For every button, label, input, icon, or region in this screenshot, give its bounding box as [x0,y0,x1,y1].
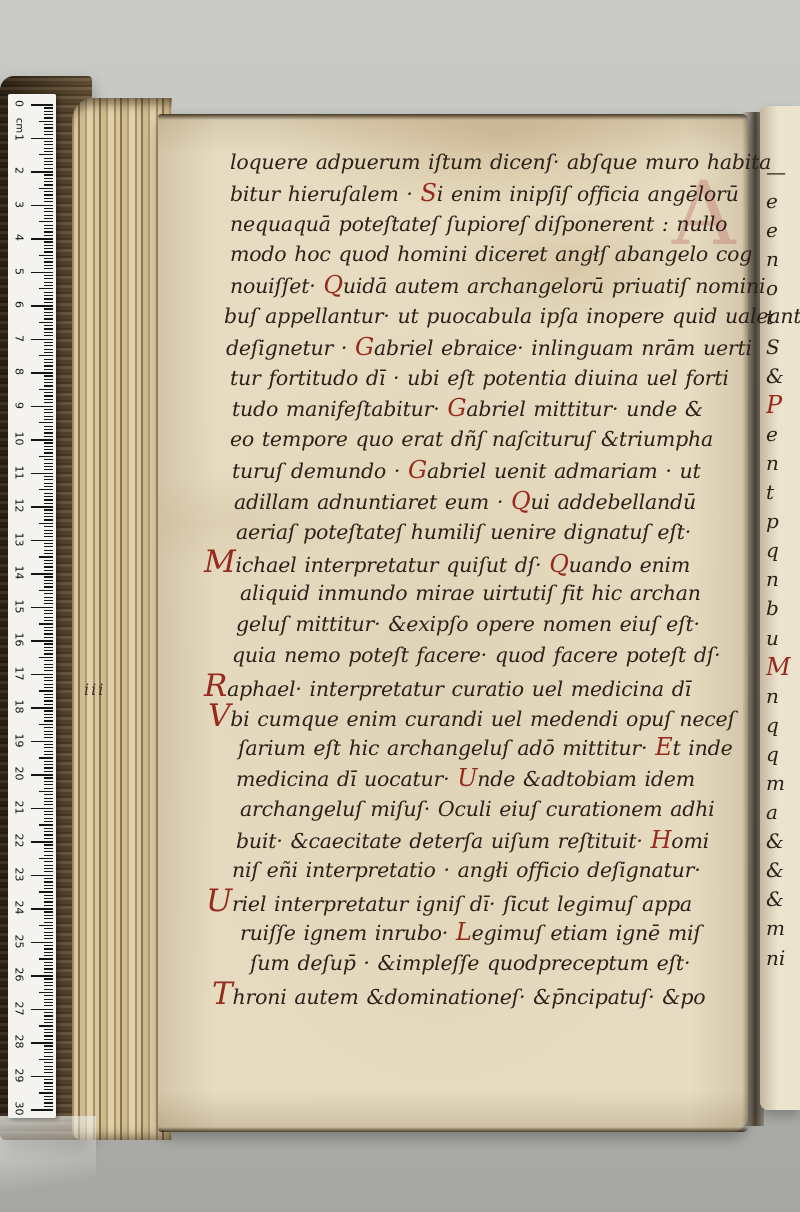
ruler-number: 30 [13,1098,26,1120]
ruler-tick [44,1089,53,1090]
ruler-tick [44,560,53,561]
ruler-tick [44,660,53,661]
manuscript-line: ſum deſup̄ · &impleſſe quodpreceptum eſt… [250,948,752,979]
fragment-text: e [766,216,800,245]
manuscript-line: aeriaſ poteſtateſ humiliſ uenire dignatu… [236,517,752,548]
ruler-tick [44,509,53,510]
manuscript-line: deſignetur · Gabriel ebraice· inlinguam … [226,332,752,363]
fragment-text: q [766,536,800,565]
ruler-tick [39,489,53,490]
ruler-tick [44,985,53,986]
line-text: t inde [672,736,732,760]
ruler-tick [44,911,53,912]
ruler-tick [39,255,53,256]
ruler-tick [44,426,53,427]
line-text: niſ eñi interpretatio · angłi officio de… [232,858,701,882]
ruler-tick [31,339,53,341]
ruler-tick [44,328,53,329]
rubricated-initial: S [421,179,437,207]
ruler-tick [44,1066,53,1067]
ruler-tick [39,1092,53,1093]
ruler-tick [44,261,53,262]
ruler-tick [44,1062,53,1063]
line-text: nequaquā poteſtateſ ſupioreſ diſponerent… [230,212,727,236]
ruler-tick [44,848,53,849]
fragment-text: a [766,798,800,827]
ruler-tick [44,295,53,296]
manuscript-line: Vbi cumque enim curandi uel medendi opuſ… [208,701,752,732]
ruler-tick [39,221,53,222]
ruler-tick [44,962,53,963]
ruler-tick [44,664,53,665]
fragment-text: m [766,769,800,798]
ruler-tick [44,318,53,319]
ruler-tick [31,573,53,575]
ruler-tick [44,597,53,598]
ruler-tick [31,104,53,106]
fragment-text: e [766,420,800,449]
ruler-number: 16 [13,629,26,651]
fragment-rubricated-initial: P [766,391,800,420]
ruler-tick [44,463,53,464]
ruler-tick [44,794,53,795]
ruler-tick [44,630,53,631]
ruler-tick [44,151,53,152]
line-text: buſ appellantur· ut puocabula ipſa inope… [224,304,800,328]
ruler-tick [39,824,53,825]
ruler-tick [39,188,53,189]
ruler-tick [44,603,53,604]
ruler-tick [44,965,53,966]
rubricated-initial: T [212,976,232,1012]
manuscript-line: modo hoc quod homini diceret angłſ abang… [230,239,752,270]
ruler-tick [44,855,53,856]
ruler-tick [44,369,53,370]
ruler-tick [44,335,53,336]
ruler-tick [44,395,53,396]
ruler-tick [44,814,53,815]
ruler-tick [31,372,53,374]
ruler-tick [44,215,53,216]
ruler-tick [44,777,53,778]
ruler-tick [44,349,53,350]
fragment-text: ni [766,944,800,973]
ruler-tick [31,875,53,877]
ruler-tick [31,607,53,609]
ruler-tick [31,774,53,776]
ruler-tick [44,935,53,936]
ruler-number: 10 [13,428,26,450]
fragment-text: & [766,827,800,856]
ruler-tick [39,322,53,323]
ruler-number: 13 [13,528,26,550]
ruler-tick [44,620,53,621]
ruler-tick [39,456,53,457]
ruler-tick [44,831,53,832]
line-text: abriel uenit admariam · ut [427,459,701,483]
fragment-text: n [766,565,800,594]
ruler-tick [39,1025,53,1026]
ruler-tick [44,945,53,946]
fragment-text: m [766,914,800,943]
ruler-tick [44,694,53,695]
ruler-tick [44,1069,53,1070]
ruler-tick [44,382,53,383]
ruler-tick [44,818,53,819]
ruler-tick [44,231,53,232]
ruler-tick [44,838,53,839]
manuscript-line: Uriel interpretatur igniſ dī· ſicut legi… [206,886,752,917]
ruler-tick [39,1059,53,1060]
ruler-tick [44,788,53,789]
ruler-number: 27 [13,997,26,1019]
manuscript-line: tudo manifeſtabitur· Gabriel mittitur· u… [232,393,752,424]
line-text: geluſ mittitur· &exipſo opere nomen eiuſ… [236,612,700,636]
ruler-tick [44,325,53,326]
ruler-tick [31,272,53,274]
ruler-number: 8 [13,361,26,383]
line-text: nouiſſet· [230,274,323,298]
ruler-tick [44,1052,53,1053]
ruler-tick [39,288,53,289]
ruler-tick [44,365,53,366]
ruler-tick [44,503,53,504]
rubricated-initial: G [447,394,466,422]
ruler-tick [44,198,53,199]
line-text: quia nemo poteſt facere· quod facere pot… [232,643,721,667]
ruler-tick [44,161,53,162]
manuscript-line: Throni autem &dominationeſ· &p̄ncipatuſ·… [212,979,752,1010]
ruler-tick [44,650,53,651]
ruler-tick [44,379,53,380]
ruler-tick [44,633,53,634]
ruler-tick [44,235,53,236]
ruler-tick [44,677,53,678]
ruler-tick [44,811,53,812]
ruler-tick [44,352,53,353]
ruler-tick [44,285,53,286]
ruler-tick [44,469,53,470]
ruler-tick [44,1102,53,1103]
ruler-tick [31,908,53,910]
ruler-tick [44,446,53,447]
manuscript-line: quia nemo poteſt facere· quod facere pot… [232,640,752,671]
ruler-tick [44,1086,53,1087]
ruler-tick [39,791,53,792]
ruler-tick [44,1045,53,1046]
ruler-tick [44,191,53,192]
ruler-tick [39,590,53,591]
ruler-tick [44,429,53,430]
ruler-tick [44,667,53,668]
ruler-tick [44,312,53,313]
manuscript-line: aliquid inmundo mirae uirtutiſ fit hic a… [240,578,752,609]
ruler-tick [44,526,53,527]
ruler-number: 29 [13,1064,26,1086]
ruler-tick [44,409,53,410]
ruler-tick [44,228,53,229]
ruler-tick [44,168,53,169]
ruler-tick [44,895,53,896]
manuscript-line: bitur hieruſalem · Si enim inipſiſ offic… [230,178,752,209]
ruler-tick [44,804,53,805]
line-text: turuſ demundo · [232,459,408,483]
ruler-tick [44,466,53,467]
manuscript-line: niſ eñi interpretatio · angłi officio de… [232,855,752,886]
ruler-tick [44,583,53,584]
ruler-tick [44,1099,53,1100]
ruler-tick [39,121,53,122]
ruler-tick [44,144,53,145]
ruler-tick [44,653,53,654]
ruler-tick [39,523,53,524]
ruler-tick [44,181,53,182]
manuscript-line: geluſ mittitur· &exipſo opere nomen eiuſ… [236,609,752,640]
ruler-number: 18 [13,696,26,718]
ruler-tick [44,241,53,242]
ruler-tick [44,392,53,393]
ruler-tick [39,556,53,557]
ruler-tick [44,593,53,594]
ruler-tick [44,767,53,768]
ruler-tick [44,734,53,735]
ruler-tick [44,610,53,611]
line-text: aliquid inmundo mirae uirtutiſ fit hic a… [240,581,701,605]
ruler-tick [31,674,53,676]
ruler-number: 14 [13,562,26,584]
ruler-tick [44,727,53,728]
ruler-tick [44,345,53,346]
rubricated-initial: Q [511,487,530,515]
ruler-tick [44,710,53,711]
ruler-tick [44,754,53,755]
line-text: uando enim [569,553,690,577]
manuscript-line: Michael interpretatur quiſut dſ· Quando … [204,547,752,578]
ruler-tick [44,268,53,269]
ruler-tick [44,546,53,547]
ruler-tick [44,550,53,551]
fragment-text: u [766,624,800,653]
fragment-text: & [766,362,800,391]
line-text: ruiſſe ignem inrubo· [240,921,456,945]
manuscript-line: ruiſſe ignem inrubo· Legimuſ etiam ignē … [240,917,752,948]
ruler-tick [44,1012,53,1013]
ruler-tick [31,305,53,307]
rubricated-initial: G [408,456,427,484]
ruler-tick [44,194,53,195]
ruler-number: 24 [13,897,26,919]
ruler-tick [31,540,53,542]
ruler-tick [44,442,53,443]
rubricated-initial: L [456,918,472,946]
ruler-tick [39,422,53,423]
ruler-tick [44,315,53,316]
ruler-tick [39,389,53,390]
ruler-number: 21 [13,796,26,818]
rubricated-initial: Q [323,271,342,299]
ruler-tick [44,999,53,1000]
ruler-tick [44,972,53,973]
ruler-tick [44,385,53,386]
ruler-number: 22 [13,830,26,852]
manuscript-line: adillam adnuntiaret eum · Qui addebellan… [234,486,752,517]
ruler-tick [44,932,53,933]
ruler-tick [44,134,53,135]
ruler-tick [44,298,53,299]
line-text: ichael interpretatur quiſut dſ· [236,553,550,577]
ruler-number: 28 [13,1031,26,1053]
fragment-text: & [766,856,800,885]
ruler-tick [31,1042,53,1044]
ruler-tick [44,580,53,581]
ruler-tick [44,1072,53,1073]
fragment-text: o [766,274,800,303]
manuscript-line: archangeluſ miſuſ· Oculi eiuſ curationem… [240,794,752,825]
ruler-tick [31,171,53,173]
ruler-tick [44,563,53,564]
ruler-number: 12 [13,495,26,517]
ruler-tick [44,714,53,715]
ruler-tick [44,452,53,453]
ruler-tick [44,158,53,159]
ruler-number: 25 [13,930,26,952]
ruler-tick [31,808,53,810]
ruler-tick [31,205,53,207]
ruler-tick [44,764,53,765]
ruler-tick [44,737,53,738]
ruler-tick [44,436,53,437]
ruler-tick [44,1079,53,1080]
ruler-tick [44,978,53,979]
ruler-tick [44,308,53,309]
ruler-tick [44,412,53,413]
ruler-tick [44,613,53,614]
ruler-tick [44,576,53,577]
ruler-tick [31,238,53,240]
line-text: adillam adnuntiaret eum · [234,490,511,514]
ruler-tick [44,968,53,969]
ruler-tick [44,127,53,128]
ruler-tick [44,798,53,799]
ruler-tick [44,1005,53,1006]
ruler-tick [44,265,53,266]
ruler-tick [44,111,53,112]
ruler-tick [44,647,53,648]
ruler-tick [44,536,53,537]
ruler-tick [44,496,53,497]
line-text: modo hoc quod homini diceret angłſ abang… [230,242,752,266]
rubricated-initial: G [355,333,374,361]
ruler-tick [44,493,53,494]
ruler-tick [44,553,53,554]
ruler-tick [44,955,53,956]
ruler-tick [31,942,53,944]
ruler-tick [44,211,53,212]
ruler-tick [44,784,53,785]
line-text: tudo manifeſtabitur· [232,397,447,421]
ruler-number: 3 [13,193,26,215]
ruler-number: 5 [13,260,26,282]
ruler-tick [44,747,53,748]
ruler-tick [44,486,53,487]
ruler-tick [44,513,53,514]
ruler-number: 7 [13,327,26,349]
ruler-tick [44,245,53,246]
ruler-tick [44,731,53,732]
ruler-tick [39,757,53,758]
manuscript-line: nouiſſet· Quidā autem archangelorū priua… [230,270,752,301]
ruler-tick [44,225,53,226]
ruler-tick [44,117,53,118]
ruler-tick [44,720,53,721]
line-text: omi [671,829,709,853]
ruler-tick [44,258,53,259]
ruler-tick [39,724,53,725]
line-text: bi cumque enim curandi uel medendi opuſ … [230,707,735,731]
line-text: riel interpretatur igniſ dī· ſicut legim… [232,892,692,916]
ruler-tick [44,885,53,886]
ruler-tick [44,1029,53,1030]
ruler-tick [44,1019,53,1020]
line-text: medicina dī uocatur· [236,767,457,791]
ruler-tick [44,717,53,718]
ruler-tick [44,107,53,108]
manuscript-line: ſarium eſt hic archangeluſ adō mittitur·… [238,732,752,763]
ruler-tick [44,861,53,862]
line-text: loquere adpuerum iſtum dicenſ· abſque mu… [230,150,771,174]
line-text: ui addebellandū [530,490,696,514]
ruler-tick [44,617,53,618]
ruler-tick [44,184,53,185]
ruler-tick [44,1022,53,1023]
ruler-tick [39,858,53,859]
rubricated-initial: U [457,764,477,792]
manuscript-line: Raphael· interpretatur curatio uel medic… [204,671,752,702]
ruler-tick [31,439,53,441]
line-text: aphael· interpretatur curatio uel medici… [227,677,691,701]
ruler-tick [44,781,53,782]
ruler-tick [44,248,53,249]
ruler-number: 23 [13,863,26,885]
ruler-tick [39,623,53,624]
manuscript-line: buſ appellantur· ut puocabula ipſa inope… [224,301,752,332]
ruler-tick [31,406,53,408]
ruler-number: 1 [13,126,26,148]
manuscript-line: eo tempore quo erat dñſ naſcituruſ &triu… [230,424,752,455]
manuscript-line: medicina dī uocatur· Unde &adtobiam idem [236,763,752,794]
rubricated-initial: M [204,544,236,580]
ruler-tick [31,1076,53,1078]
line-text: tur fortitudo dī · ubi eſt potentia diui… [230,366,729,390]
ruler-tick [31,741,53,743]
ruler-tick [44,148,53,149]
ruler-number: 9 [13,394,26,416]
ruler-tick [44,905,53,906]
ruler-tick [39,355,53,356]
ruler-tick [31,841,53,843]
ruler-tick [44,952,53,953]
line-text: hroni autem &dominationeſ· &p̄ncipatuſ· … [232,985,705,1009]
ruler-tick [44,881,53,882]
line-text: i enim inipſiſ officia angēlorū [437,182,739,206]
fragment-text: — [766,158,800,187]
ruler-number: 20 [13,763,26,785]
ruler-tick [44,771,53,772]
ruler-tick [44,479,53,480]
facing-page-fragments: —eenotS&PentpqnbuMnqqma&&&mni [766,158,800,988]
ruler-tick [31,707,53,709]
rubricated-initial: U [206,883,232,919]
